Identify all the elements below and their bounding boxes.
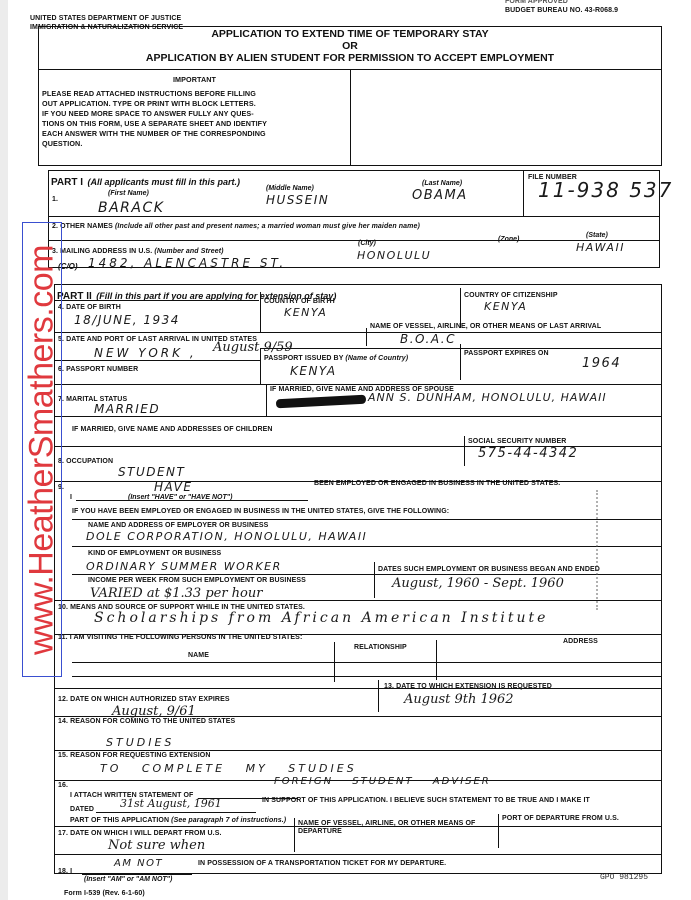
ssn-value[interactable]: 575-44-4342 — [478, 446, 578, 461]
divider — [54, 416, 662, 417]
important-notice: IMPORTANT PLEASE READ ATTACHED INSTRUCTI… — [42, 75, 347, 149]
zone-label: (Zone) — [498, 236, 519, 243]
dates-label: DATES SUCH EMPLOYMENT OR BUSINESS BEGAN … — [378, 566, 600, 573]
divider — [54, 750, 662, 751]
income-value[interactable]: VARIED at $1.33 per hour — [90, 586, 262, 601]
divider — [72, 574, 662, 575]
divider — [378, 680, 379, 712]
city-value[interactable]: HONOLULU — [357, 249, 431, 262]
passport-issued-note: (Name of Country) — [345, 355, 408, 362]
blank-line — [82, 874, 192, 875]
state-value[interactable]: HAWAII — [576, 241, 625, 254]
blank-line — [96, 812, 256, 813]
passport-expires-label: PASSPORT EXPIRES ON — [464, 350, 549, 357]
q16-part-note: (See paragraph 7 of instructions.) — [171, 817, 286, 824]
visitor-row-line — [72, 662, 662, 663]
gpo-number: GPO 981295 — [600, 873, 648, 882]
divider — [54, 716, 662, 717]
divider — [54, 300, 259, 301]
divider — [48, 240, 660, 241]
statement-of-value[interactable]: FOREIGN STUDENT ADVISER — [274, 776, 491, 787]
q18-text: IN POSSESSION OF A TRANSPORTATION TICKET… — [198, 860, 446, 867]
q15-label: 15. REASON FOR REQUESTING EXTENSION — [58, 752, 210, 759]
watermark-text: www.HeatherSmathers.com — [23, 245, 62, 655]
citizenship-label: COUNTRY OF CITIZENSHIP — [464, 292, 558, 299]
middle-name-label: (Middle Name) — [266, 185, 314, 192]
q16-support-text: IN SUPPORT OF THIS APPLICATION. I BELIEV… — [262, 797, 590, 804]
q4-label: 4. DATE OF BIRTH — [58, 304, 121, 311]
last-name-label: (Last Name) — [422, 180, 462, 187]
q1-number: 1. — [52, 196, 58, 203]
kind-value[interactable]: ORDINARY SUMMER WORKER — [86, 560, 282, 573]
depart-vessel-label: NAME OF VESSEL, AIRLINE, OR OTHER MEANS … — [298, 820, 494, 836]
middle-name-value[interactable]: HUSSEIN — [266, 193, 329, 207]
citizenship-value[interactable]: KENYA — [484, 300, 527, 313]
extension-to-value[interactable]: August 9th 1962 — [404, 692, 514, 707]
employer-label: NAME AND ADDRESS OF EMPLOYER OR BUSINESS — [88, 522, 268, 529]
q17-label: 17. DATE ON WHICH I WILL DEPART FROM U.S… — [58, 830, 222, 837]
ssn-label: SOCIAL SECURITY NUMBER — [468, 438, 566, 445]
stamp-marks — [596, 490, 612, 610]
q3-label-text: 3. MAILING ADDRESS IN U.S. — [52, 248, 152, 255]
dob-value[interactable]: 18/JUNE, 1934 — [74, 313, 180, 327]
depart-port-label: PORT OF DEPARTURE FROM U.S. — [502, 815, 619, 822]
q16-part-text: PART OF THIS APPLICATION (See paragraph … — [70, 817, 286, 824]
country-birth-value[interactable]: KENYA — [284, 306, 327, 319]
occupation-value[interactable]: STUDENT — [118, 465, 185, 479]
important-text: EACH ANSWER WITH THE NUMBER OF THE CORRE… — [42, 129, 347, 139]
children-label: IF MARRIED, GIVE NAME AND ADDRESSES OF C… — [72, 426, 273, 433]
divider — [523, 170, 524, 216]
divider — [350, 69, 351, 166]
last-name-value[interactable]: OBAMA — [412, 188, 468, 203]
employer-value[interactable]: DOLE CORPORATION, HONOLULU, HAWAII — [86, 530, 367, 543]
divider — [498, 814, 499, 848]
q8-label: 8. OCCUPATION — [58, 458, 113, 465]
city-label: (City) — [358, 240, 376, 247]
vessel-label: NAME OF VESSEL, AIRLINE, OR OTHER MEANS … — [370, 323, 601, 330]
q9-insert-note: (Insert "HAVE" or "HAVE NOT") — [128, 494, 232, 501]
divider — [464, 436, 465, 466]
q11-label: 11. I AM VISITING THE FOLLOWING PERSONS … — [58, 634, 302, 641]
q2-label: 2. OTHER NAMES (Include all other past a… — [52, 223, 420, 230]
divider — [54, 360, 260, 361]
part1-note: (All applicants must fill in this part.) — [88, 177, 241, 187]
divider — [54, 600, 662, 601]
q9-i: I — [70, 494, 72, 501]
divider — [54, 384, 662, 385]
first-name-label: (First Name) — [108, 190, 149, 197]
q3-label: 3. MAILING ADDRESS IN U.S. (Number and S… — [52, 248, 224, 255]
dates-value[interactable]: August, 1960 - Sept. 1960 — [392, 576, 564, 591]
state-label: (State) — [586, 232, 608, 239]
divider — [366, 328, 367, 346]
depart-date-value[interactable]: Not sure when — [108, 838, 205, 853]
file-number-value[interactable]: 11-938 537 — [538, 178, 673, 202]
kind-label: KIND OF EMPLOYMENT OR BUSINESS — [88, 550, 221, 557]
divider — [266, 384, 267, 416]
street-value[interactable]: 1482, ALENCASTRE ST. — [88, 256, 286, 270]
watermark: www.HeatherSmathers.com — [22, 222, 62, 677]
form-number: Form I-539 (Rev. 6-1-60) — [64, 890, 145, 897]
if-employed-label: IF YOU HAVE BEEN EMPLOYED OR ENGAGED IN … — [72, 508, 449, 515]
important-text: QUESTION. — [42, 139, 347, 149]
q9-text: BEEN EMPLOYED OR ENGAGED IN BUSINESS IN … — [314, 480, 560, 487]
q18-label: 18. I — [58, 868, 72, 875]
q13-label: 13. DATE TO WHICH EXTENSION IS REQUESTED — [384, 683, 552, 690]
q12-label: 12. DATE ON WHICH AUTHORIZED STAY EXPIRE… — [58, 696, 230, 703]
important-text: PLEASE READ ATTACHED INSTRUCTIONS BEFORE… — [42, 89, 347, 99]
budget-bureau: Form approved Budget Bureau No. 43-R068.… — [505, 0, 618, 15]
marital-status-value[interactable]: MARRIED — [94, 402, 160, 416]
divider — [48, 216, 660, 217]
column-address: ADDRESS — [563, 638, 598, 645]
q16-part-label: PART OF THIS APPLICATION — [70, 817, 169, 824]
q18-insert-note: (Insert "AM" or "AM NOT") — [84, 876, 172, 883]
divider — [54, 688, 662, 689]
income-label: INCOME PER WEEK FROM SUCH EMPLOYMENT OR … — [88, 577, 306, 584]
q14-label: 14. REASON FOR COMING TO THE UNITED STAT… — [58, 718, 235, 725]
title-line-3: APPLICATION BY ALIEN STUDENT FOR PERMISS… — [38, 52, 662, 64]
divider — [260, 348, 662, 349]
divider — [294, 818, 295, 852]
divider — [260, 348, 261, 384]
am-not-value[interactable]: AM NOT — [114, 858, 163, 869]
country-birth-label: COUNTRY OF BIRTH — [264, 298, 335, 305]
important-text: OUT APPLICATION. TYPE OR PRINT WITH BLOC… — [42, 99, 347, 109]
reason-coming-value[interactable]: STUDIES — [106, 736, 174, 749]
title-line-1: APPLICATION TO EXTEND TIME OF TEMPORARY … — [38, 28, 662, 40]
support-value[interactable]: Scholarships from African American Insti… — [94, 610, 548, 626]
important-heading: IMPORTANT — [42, 75, 347, 85]
passport-expires-value[interactable]: 1964 — [582, 356, 621, 371]
divider — [72, 519, 662, 520]
q3-note: (Number and Street) — [154, 248, 223, 255]
divider — [374, 562, 375, 598]
budget-bureau-number: Budget Bureau No. 43-R068.9 — [505, 6, 618, 15]
q2-note: (Include all other past and present name… — [115, 223, 420, 230]
statement-date-value[interactable]: 31st August, 1961 — [120, 797, 222, 810]
passport-issued-label: PASSPORT ISSUED BY (Name of Country) — [264, 355, 408, 362]
visitor-row-line — [72, 676, 662, 677]
form-title: APPLICATION TO EXTEND TIME OF TEMPORARY … — [38, 28, 662, 64]
q6-label: 6. PASSPORT NUMBER — [58, 366, 138, 373]
q16-number: 16. — [58, 782, 68, 789]
vessel-value[interactable]: B.O.A.C — [400, 332, 456, 346]
passport-issued-label-text: PASSPORT ISSUED BY — [264, 355, 343, 362]
column-relationship: RELATIONSHIP — [354, 644, 407, 651]
divider — [460, 288, 461, 328]
divider — [54, 854, 662, 855]
divider — [436, 640, 437, 680]
important-text: IF YOU NEED MORE SPACE TO ANSWER FULLY A… — [42, 109, 347, 119]
divider — [460, 344, 461, 380]
column-name: NAME — [188, 652, 209, 659]
passport-issued-value[interactable]: KENYA — [290, 364, 337, 378]
reason-extension-value[interactable]: TO COMPLETE MY STUDIES — [100, 762, 357, 775]
agency-line-1: UNITED STATES DEPARTMENT OF JUSTICE — [30, 14, 183, 23]
have-value[interactable]: HAVE — [154, 480, 192, 494]
q16-dated-text: DATED — [70, 806, 94, 813]
part1-heading: PART I (All applicants must fill in this… — [51, 172, 240, 190]
divider — [260, 292, 261, 332]
divider — [72, 546, 662, 547]
part1-title: PART I — [51, 177, 83, 188]
important-text: TIONS ON THIS FORM, USE A SEPARATE SHEET… — [42, 119, 347, 129]
divider — [54, 332, 662, 333]
spouse-value[interactable]: ANN S. DUNHAM, HONOLULU, HAWAII — [368, 391, 607, 404]
first-name-value[interactable]: BARACK — [98, 200, 164, 216]
arrival-port-value[interactable]: NEW YORK , — [94, 346, 197, 360]
title-line-2: OR — [38, 40, 662, 52]
form-page: UNITED STATES DEPARTMENT OF JUSTICE IMMI… — [8, 0, 691, 900]
